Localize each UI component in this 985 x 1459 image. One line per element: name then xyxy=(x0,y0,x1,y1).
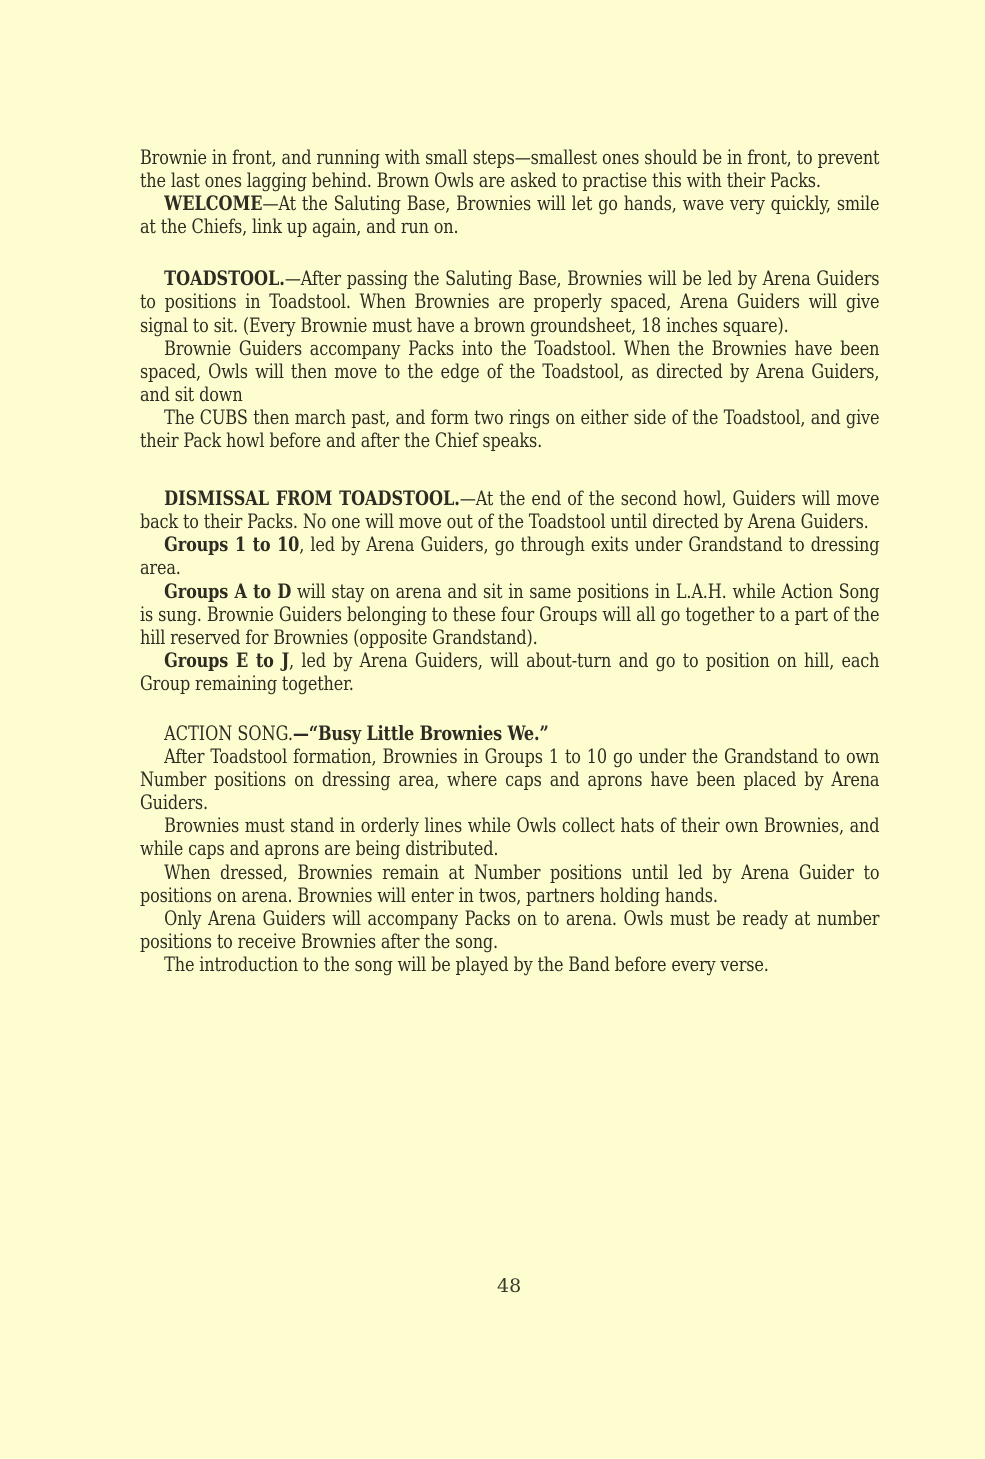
section-gap xyxy=(140,475,880,487)
page-number: 48 xyxy=(497,1275,521,1297)
paragraph-action-song-2: Brownies must stand in orderly lines whi… xyxy=(140,814,879,860)
paragraph-action-song-5: The introduction to the song will be pla… xyxy=(140,953,879,976)
heading-welcome: WELCOME xyxy=(164,192,262,215)
paragraph-action-song-3: When dressed, Brownies remain at Number … xyxy=(140,861,879,907)
paragraph-groups-1-10: Groups 1 to 10, led by Arena Guiders, go… xyxy=(140,533,879,579)
paragraph-action-song-4: Only Arena Guiders will accompany Packs … xyxy=(140,907,879,953)
paragraph-groups-a-d: Groups A to D will stay on arena and sit… xyxy=(140,580,879,649)
groups-e-j-label: Groups E to J xyxy=(164,649,289,672)
action-song-title: —“Busy Little Brownies We.” xyxy=(293,722,549,745)
section-gap xyxy=(140,452,880,475)
heading-dismissal: DISMISSAL FROM TOADSTOOL. xyxy=(164,487,460,510)
paragraph-dismissal: DISMISSAL FROM TOADSTOOL.—At the end of … xyxy=(140,487,879,533)
paragraph-groups-e-j: Groups E to J, led by Arena Guiders, wil… xyxy=(140,649,879,695)
groups-a-d-label: Groups A to D xyxy=(164,580,291,603)
section-gap xyxy=(140,695,880,718)
groups-1-10-label: Groups 1 to 10 xyxy=(164,533,299,556)
document-page: Brownie in front, and running with small… xyxy=(140,146,880,976)
paragraph-toadstool: TOADSTOOL.—After passing the Saluting Ba… xyxy=(140,267,879,336)
paragraph-toadstool-cubs: The CUBS then march past, and form two r… xyxy=(140,406,879,452)
paragraph-toadstool-guiders: Brownie Guiders accompany Packs into the… xyxy=(140,337,879,406)
paragraph-action-song-heading: ACTION SONG.—“Busy Little Brownies We.” xyxy=(140,722,879,745)
paragraph-action-song-1: After Toadstool formation, Brownies in G… xyxy=(140,745,879,814)
heading-action-song: ACTION SONG. xyxy=(164,722,293,745)
section-gap xyxy=(140,238,880,261)
heading-toadstool: TOADSTOOL. xyxy=(164,267,285,290)
paragraph-intro: Brownie in front, and running with small… xyxy=(140,146,879,192)
paragraph-welcome: WELCOME—At the Saluting Base, Brownies w… xyxy=(140,192,879,238)
